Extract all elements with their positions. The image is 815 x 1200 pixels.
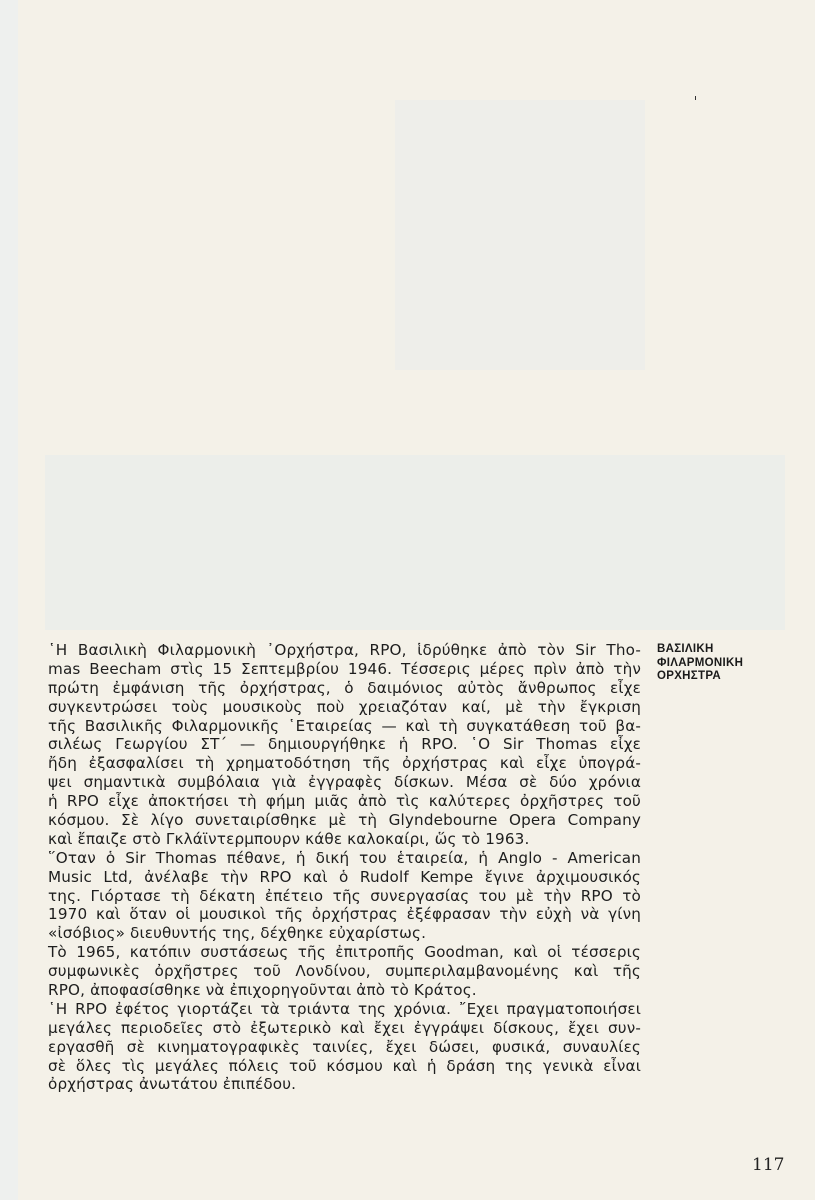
- text-line: της. Γιόρτασε τὴ δέκατη ἐπέτειο τῆς συνε…: [48, 887, 641, 906]
- text-line: σὲ ὅλες τὶς μεγάλες πόλεις τοῦ κόσμου κα…: [48, 1057, 641, 1076]
- text-line: τῆς Βασιλικῆς Φιλαρμονικῆς ῾Εταιρείας — …: [48, 717, 641, 736]
- text-line: ἡ RPO εἶχε ἀποκτήσει τὴ φήμη μιᾶς ἀπὸ τὶ…: [48, 792, 641, 811]
- text-line: Τὸ 1965, κατόπιν συστάσεως τῆς ἐπιτροπῆς…: [48, 943, 641, 962]
- text-line: mas Beecham στὶς 15 Σεπτεμβρίου 1946. Τέ…: [48, 660, 641, 679]
- text-line: ψει σημαντικὰ συμβόλαια γιὰ ἐγγραφὲς δίσ…: [48, 773, 641, 792]
- text-line: ῞Οταν ὁ Sir Thomas πέθανε, ἡ δική του ἑτ…: [48, 849, 641, 868]
- page-edge: [0, 0, 18, 1200]
- text-line: ἤδη ἐξασφαλίσει τὴ χρηματοδότηση τῆς ὀρχ…: [48, 754, 641, 773]
- text-line: συγκεντρώσει τοὺς μουσικοὺς ποὺ χρειαζότ…: [48, 698, 641, 717]
- faded-image-area: [395, 100, 645, 370]
- heading-line-1: ΒΑΣΙΛΙΚΗ: [657, 643, 743, 657]
- text-line: καὶ ἔπαιζε στὸ Γκλάϊντερμπουρν κάθε καλο…: [48, 830, 641, 849]
- heading-line-2: ΦΙΛΑΡΜΟΝΙΚΗ: [657, 657, 743, 671]
- text-line: ῾Η RPO ἐφέτος γιορτάζει τὰ τριάντα της χ…: [48, 1000, 641, 1019]
- heading-line-3: ΟΡΧΗΣΤΡΑ: [657, 670, 743, 684]
- text-line: ὀρχήστρας ἀνωτάτου ἐπιπέδου.: [48, 1075, 641, 1094]
- text-line: συμφωνικὲς ὀρχῆστρες τοῦ Λονδίνου, συμπε…: [48, 962, 641, 981]
- text-line: κόσμου. Σὲ λίγο συνεταιρίσθηκε μὲ τὴ Gly…: [48, 811, 641, 830]
- text-line: 1970 καὶ ὅταν οἱ μουσικοὶ τῆς ὀρχήστρας …: [48, 905, 641, 924]
- faded-band: [45, 455, 785, 630]
- text-line: «ἰσόβιος» διευθυντής της, δέχθηκε εὐχαρί…: [48, 924, 641, 943]
- page-number: 117: [752, 1155, 784, 1175]
- text-line: ῾Η Βασιλικὴ Φιλαρμονικὴ ᾿Ορχήστρα, RPO, …: [48, 641, 641, 660]
- text-line: εργασθῆ σὲ κινηματογραφικὲς ταινίες, ἔχε…: [48, 1038, 641, 1057]
- paper-speck: [695, 96, 696, 100]
- section-heading: ΒΑΣΙΛΙΚΗ ΦΙΛΑΡΜΟΝΙΚΗ ΟΡΧΗΣΤΡΑ: [657, 643, 743, 684]
- text-line: μεγάλες περιοδεῖες στὸ ἐξωτερικὸ καὶ ἔχε…: [48, 1019, 641, 1038]
- article-body: ῾Η Βασιλικὴ Φιλαρμονικὴ ᾿Ορχήστρα, RPO, …: [48, 641, 641, 1094]
- text-line: Music Ltd, ἀνέλαβε τὴν RPO καὶ ὁ Rudolf …: [48, 868, 641, 887]
- text-line: RPO, ἀποφασίσθηκε νὰ ἐπιχορηγοῦνται ἀπὸ …: [48, 981, 641, 1000]
- text-line: σιλέως Γεωργίου ΣΤ΄ — δημιουργήθηκε ἡ RP…: [48, 735, 641, 754]
- text-line: πρώτη ἐμφάνιση τῆς ὀρχήστρας, ὁ δαιμόνιο…: [48, 679, 641, 698]
